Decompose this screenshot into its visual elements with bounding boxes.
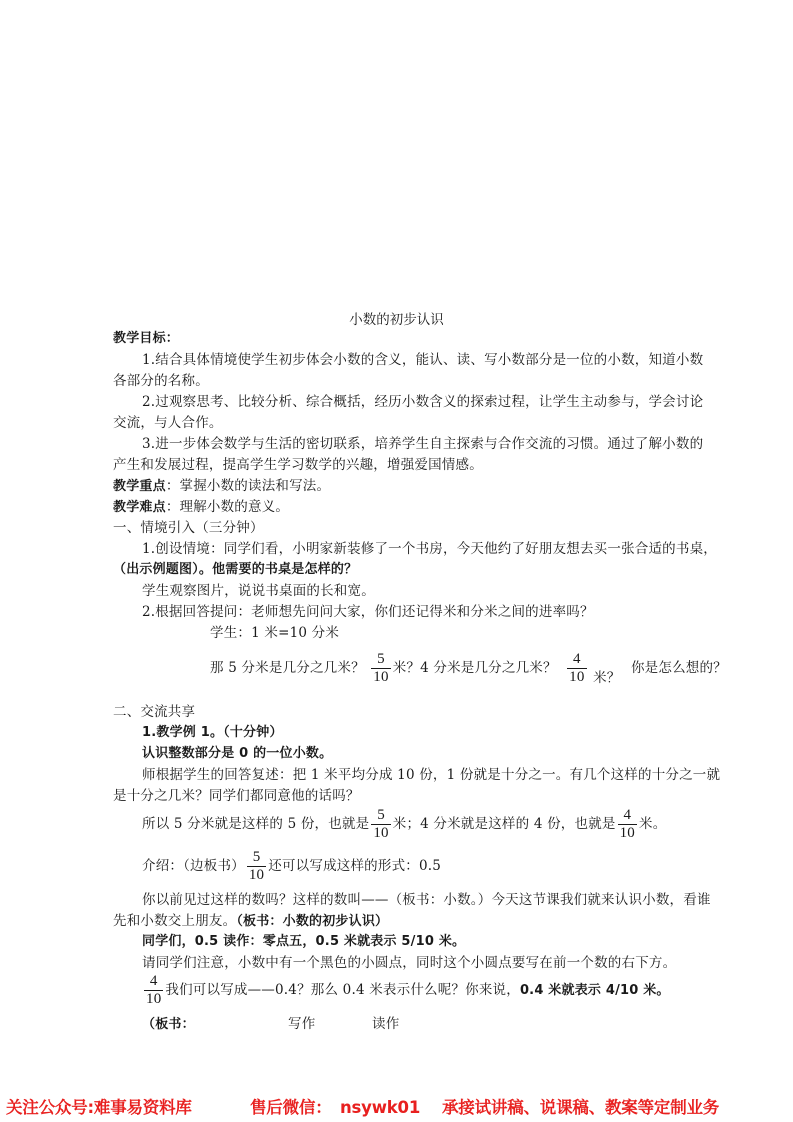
s2-paragraph-7: 410我们可以写成——0.4？那么 0.4 米表示什么呢？你来说，0.4 米就表… (142, 972, 670, 1009)
footer-wechat-label: 售后微信： (250, 1094, 332, 1122)
s2-paragraph-6: 请同学们注意，小数中有一个黑色的小圆点，同时这个小圆点要写在前一个数的右下方。 (142, 954, 676, 972)
s2-paragraph-3: 介绍：（边板书）510还可以写成这样的形式：0.5 (142, 848, 441, 884)
section-2-heading: 二、交流共享 (113, 703, 195, 721)
key-point-label: 教学重点 (113, 479, 166, 494)
objectives-heading: 教学目标： (113, 330, 179, 348)
footer-watermark: 关注公众号:难事易资料库 售后微信： nsywk01 承接试讲稿、说课稿、教案等… (0, 1094, 793, 1122)
s1-question-line: 那 5 分米是几分之几米？ 510米？4 分米是几分之几米？ 410 米？ 你是… (210, 650, 727, 686)
key-point-text: ：掌握小数的读法和写法。 (166, 478, 330, 494)
s1-paragraph-1-cont: （出示例题图）。他需要的书桌是怎样的？ (113, 561, 357, 579)
fraction-five-tenths: 510 (371, 807, 390, 842)
footer-wechat-id: nsywk01 (340, 1094, 420, 1122)
fraction-five-tenths: 510 (371, 651, 390, 686)
page-title: 小数的初步认识 (0, 308, 793, 328)
q-text-b: 米？4 分米是几分之几米？ (393, 660, 557, 676)
q-text-a: 那 5 分米是几分之几米？ (210, 660, 365, 676)
key-point: 教学重点：掌握小数的读法和写法。 (113, 477, 330, 496)
fraction-five-tenths: 510 (247, 849, 266, 884)
fraction-four-tenths: 410 (144, 973, 163, 1008)
objective-3: 3.进一步体会数学与生活的密切联系，培养学生自主探索与合作交流的习惯。通过了解小… (142, 435, 703, 453)
s2-paragraph-4: 你以前见过这样的数吗？这样的数叫——（板书：小数。）今天这节课我们就来认识小数，… (142, 891, 711, 909)
s2-subheading-2: 认识整数部分是 0 的一位小数。 (142, 745, 332, 763)
s2-subheading-1: 1.教学例 1。（十分钟） (142, 724, 283, 742)
s1-paragraph-1: 1.创设情境：同学们看，小明家新装修了一个书房，今天他约了好朋友想去买一张合适的… (142, 540, 717, 558)
s2-paragraph-2: 所以 5 分米就是这样的 5 份，也就是510米；4 分米就是这样的 4 份，也… (142, 806, 666, 842)
s2-paragraph-1-cont: 是十分之几米？同学们都同意他的话吗？ (113, 787, 360, 805)
footer-services: 承接试讲稿、说课稿、教案等定制业务 (442, 1094, 719, 1122)
objective-1-cont: 各部分的名称。 (113, 372, 209, 390)
s2-paragraph-5: 同学们，0.5 读作：零点五，0.5 米就表示 5/10 米。 (142, 933, 465, 951)
document-page: 小数的初步认识 教学目标： 1.结合具体情境使学生初步体会小数的含义，能认、读、… (0, 0, 793, 1122)
difficulty: 教学难点：理解小数的意义。 (113, 498, 289, 517)
footer-account: 关注公众号:难事易资料库 (6, 1094, 192, 1122)
fraction-four-tenths: 410 (567, 651, 586, 686)
objective-2: 2.过观察思考、比较分析、综合概括，经历小数含义的探索过程，让学生主动参与，学会… (142, 393, 703, 411)
difficulty-label: 教学难点 (113, 500, 166, 515)
objective-1: 1.结合具体情境使学生初步体会小数的含义，能认、读、写小数部分是一位的小数，知道… (142, 351, 703, 369)
objective-2-cont: 交流，与人合作。 (113, 414, 223, 432)
q-text-d: 你是怎么想的？ (631, 660, 727, 676)
s2-paragraph-1: 师根据学生的回答复述：把 1 米平均分成 10 份，1 份就是十分之一。有几个这… (142, 766, 720, 784)
s1-paragraph-3: 2.根据回答提问：老师想先问问大家，你们还记得米和分米之间的进率吗？ (142, 603, 594, 621)
s2-paragraph-4-cont: 先和小数交上朋友。（板书：小数的初步认识） (113, 912, 388, 931)
fraction-four-tenths: 410 (618, 807, 637, 842)
s1-student-answer: 学生：1 米=10 分米 (210, 624, 339, 642)
section-1-heading: 一、情境引入（三分钟） (113, 519, 264, 537)
difficulty-text: ：理解小数的意义。 (166, 499, 289, 515)
s2-paragraph-8: （板书： 写作 读作 (142, 1015, 195, 1034)
s1-paragraph-2: 学生观察图片，说说书桌面的长和宽。 (142, 582, 375, 600)
q-text-c: 米？ (593, 670, 620, 686)
objective-3-cont: 产生和发展过程，提高学生学习数学的兴趣，增强爱国情感。 (113, 456, 483, 474)
